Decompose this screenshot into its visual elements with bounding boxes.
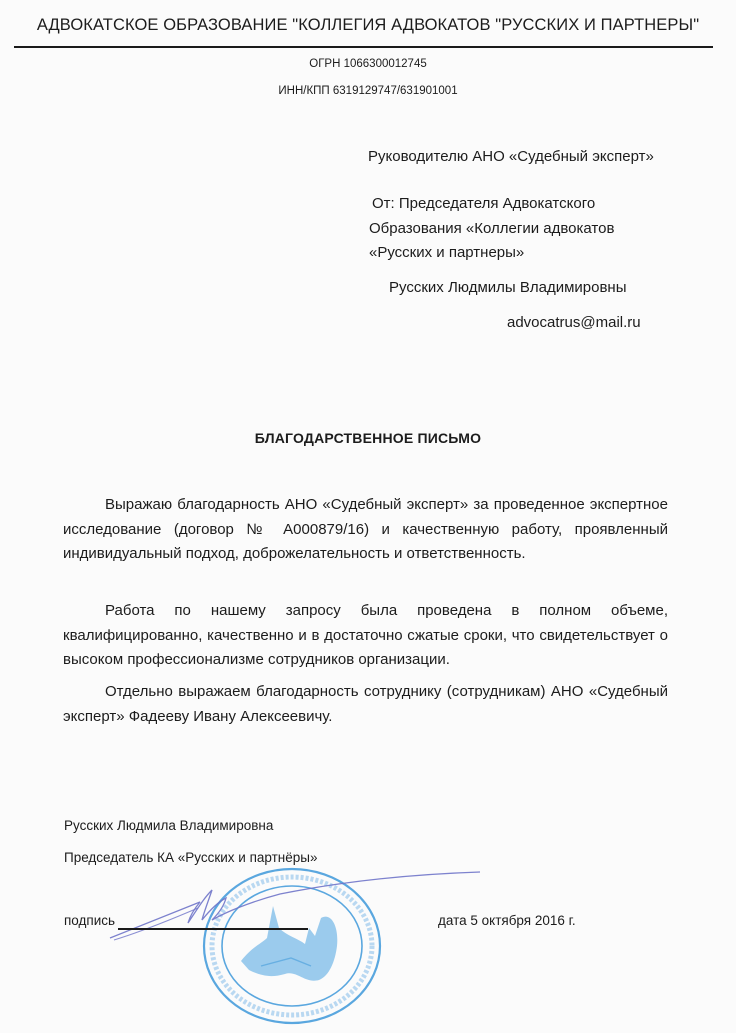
sender-line-2: Образования «Коллегии адвокатов <box>369 220 614 237</box>
header-divider <box>14 46 713 48</box>
signature-line <box>118 928 308 930</box>
organization-header: АДВОКАТСКОЕ ОБРАЗОВАНИЕ "КОЛЛЕГИЯ АДВОКА… <box>0 16 736 35</box>
sender-line-1: От: Председателя Адвокатского <box>372 195 595 212</box>
letter-title: БЛАГОДАРСТВЕННОЕ ПИСЬМО <box>0 430 736 446</box>
inn-kpp-number: ИНН/КПП 6319129747/631901001 <box>0 85 736 97</box>
recipient-line: Руководителю АНО «Судебный эксперт» <box>368 148 654 165</box>
signature-label: подпись <box>64 913 115 928</box>
letter-page: АДВОКАТСКОЕ ОБРАЗОВАНИЕ "КОЛЛЕГИЯ АДВОКА… <box>0 0 736 1033</box>
ogrn-number: ОГРН 1066300012745 <box>0 58 736 70</box>
body-paragraph-1: Выражаю благодарность АНО «Судебный эксп… <box>63 493 668 567</box>
sender-name: Русских Людмилы Владимировны <box>389 279 627 296</box>
sender-email: advocatrus@mail.ru <box>507 314 641 331</box>
letter-date: дата 5 октября 2016 г. <box>438 913 576 928</box>
body-paragraph-2: Работа по нашему запросу была проведена … <box>63 599 668 673</box>
body-paragraph-3: Отдельно выражаем благодарность сотрудни… <box>63 680 668 729</box>
sender-line-3: «Русских и партнеры» <box>369 244 524 261</box>
signatory-name: Русских Людмила Владимировна <box>64 818 273 833</box>
signatory-position: Председатель КА «Русских и партнёры» <box>64 850 317 865</box>
